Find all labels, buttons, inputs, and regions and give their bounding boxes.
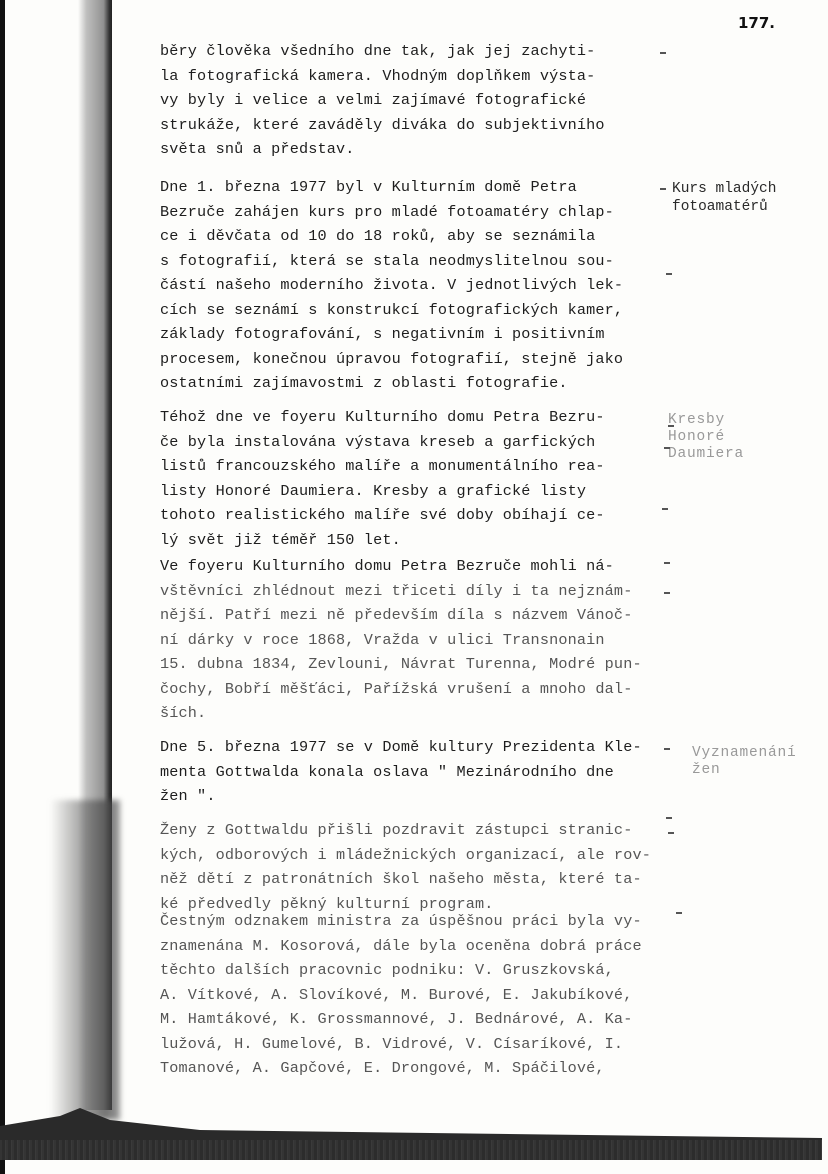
margin-note: žen bbox=[692, 762, 721, 778]
text-line: lužová, H. Gumelové, B. Vidrové, V. Císa… bbox=[160, 1035, 623, 1053]
text-line: Téhož dne ve foyeru Kulturního domu Petr… bbox=[160, 408, 605, 426]
scan-left-edge bbox=[0, 0, 5, 1174]
scan-bottom-noise bbox=[0, 1140, 822, 1160]
margin-note: Kurs mladých bbox=[672, 181, 776, 197]
text-line: znamenána M. Kosorová, dále byla oceněna… bbox=[160, 937, 642, 955]
text-line: M. Hamtákové, K. Grossmannové, J. Bednár… bbox=[160, 1010, 632, 1028]
text-line: če byla instalována výstava kreseb a gar… bbox=[160, 433, 595, 451]
text-line: 15. dubna 1834, Zevlouni, Návrat Turenna… bbox=[160, 655, 642, 673]
margin-tick-mark bbox=[662, 508, 668, 510]
margin-tick-mark bbox=[666, 273, 672, 275]
text-line: ké předvedly pěkný kulturní program. bbox=[160, 895, 494, 913]
text-line: ostatními zajímavostmi z oblasti fotogra… bbox=[160, 374, 568, 392]
text-line: něž dětí z patronátních škol našeho měst… bbox=[160, 870, 642, 888]
margin-note: Vyznamenání bbox=[692, 745, 797, 761]
text-line: tohoto realistického malíře své doby obí… bbox=[160, 506, 605, 524]
text-line: Ženy z Gottwaldu přišli pozdravit zástup… bbox=[160, 821, 632, 839]
text-line: listy Honoré Daumiera. Kresby a grafické… bbox=[160, 482, 586, 500]
margin-note: Daumiera bbox=[668, 446, 744, 462]
text-line: lý svět již téměř 150 let. bbox=[160, 531, 401, 549]
text-line: žen ". bbox=[160, 787, 216, 805]
text-line: listů francouzského malíře a monumentáln… bbox=[160, 457, 605, 475]
text-line: s fotografií, která se stala neodmyslite… bbox=[160, 252, 614, 270]
text-line: čochy, Bobří měšťáci, Pařížská vrušení a… bbox=[160, 680, 632, 698]
margin-tick-mark bbox=[660, 52, 666, 54]
text-line: cích se seznámí s konstrukcí fotografick… bbox=[160, 301, 623, 319]
margin-tick-mark bbox=[664, 447, 670, 449]
margin-note: Honoré bbox=[668, 429, 725, 445]
margin-note: fotoamatérů bbox=[672, 199, 768, 215]
text-line: Dne 1. března 1977 byl v Kulturním domě … bbox=[160, 178, 577, 196]
margin-tick-mark bbox=[666, 817, 672, 819]
text-line: Ve foyeru Kulturního domu Petra Bezruče … bbox=[160, 557, 614, 575]
text-line: ších. bbox=[160, 704, 206, 722]
text-line: Čestným odznakem ministra za úspěšnou pr… bbox=[160, 912, 642, 930]
text-line: kých, odborových i mládežnických organiz… bbox=[160, 846, 651, 864]
margin-tick-mark bbox=[660, 188, 666, 190]
text-line: Bezruče zahájen kurs pro mladé fotoamaté… bbox=[160, 203, 614, 221]
text-line: nější. Patří mezi ně především díla s ná… bbox=[160, 606, 632, 624]
page-number: 177. bbox=[738, 14, 775, 32]
text-line: vštěvníci zhlédnout mezi třiceti díly i … bbox=[160, 582, 632, 600]
text-line: A. Vítkové, A. Slovíkové, M. Burové, E. … bbox=[160, 986, 632, 1004]
text-line: světa snů a představ. bbox=[160, 140, 355, 158]
text-line: vy byly i velice a velmi zajímavé fotogr… bbox=[160, 91, 586, 109]
text-line: menta Gottwalda konala oslava " Mezináro… bbox=[160, 763, 614, 781]
text-line: strukáže, které zaváděly diváka do subje… bbox=[160, 116, 605, 134]
margin-tick-mark bbox=[664, 592, 670, 594]
binding-shadow-lower bbox=[50, 800, 120, 1120]
margin-tick-mark bbox=[668, 832, 674, 834]
text-line: běry člověka všedního dne tak, jak jej z… bbox=[160, 42, 595, 60]
margin-tick-mark bbox=[664, 562, 670, 564]
margin-tick-mark bbox=[676, 912, 682, 914]
text-line: částí našeho moderního života. V jednotl… bbox=[160, 276, 623, 294]
text-line: la fotografická kamera. Vhodným doplňkem… bbox=[160, 67, 595, 85]
text-line: procesem, konečnou úpravou fotografií, s… bbox=[160, 350, 623, 368]
margin-tick-mark bbox=[664, 748, 670, 750]
text-line: Tomanové, A. Gapčové, E. Drongové, M. Sp… bbox=[160, 1059, 605, 1077]
margin-tick-mark bbox=[668, 425, 674, 427]
text-line: ce i děvčata od 10 do 18 roků, aby se se… bbox=[160, 227, 595, 245]
text-line: těchto dalších pracovnic podniku: V. Gru… bbox=[160, 961, 614, 979]
text-line: základy fotografování, s negativním i po… bbox=[160, 325, 605, 343]
text-line: ní dárky v roce 1868, Vražda v ulici Tra… bbox=[160, 631, 605, 649]
text-line: Dne 5. března 1977 se v Domě kultury Pre… bbox=[160, 738, 642, 756]
margin-note: Kresby bbox=[668, 412, 725, 428]
